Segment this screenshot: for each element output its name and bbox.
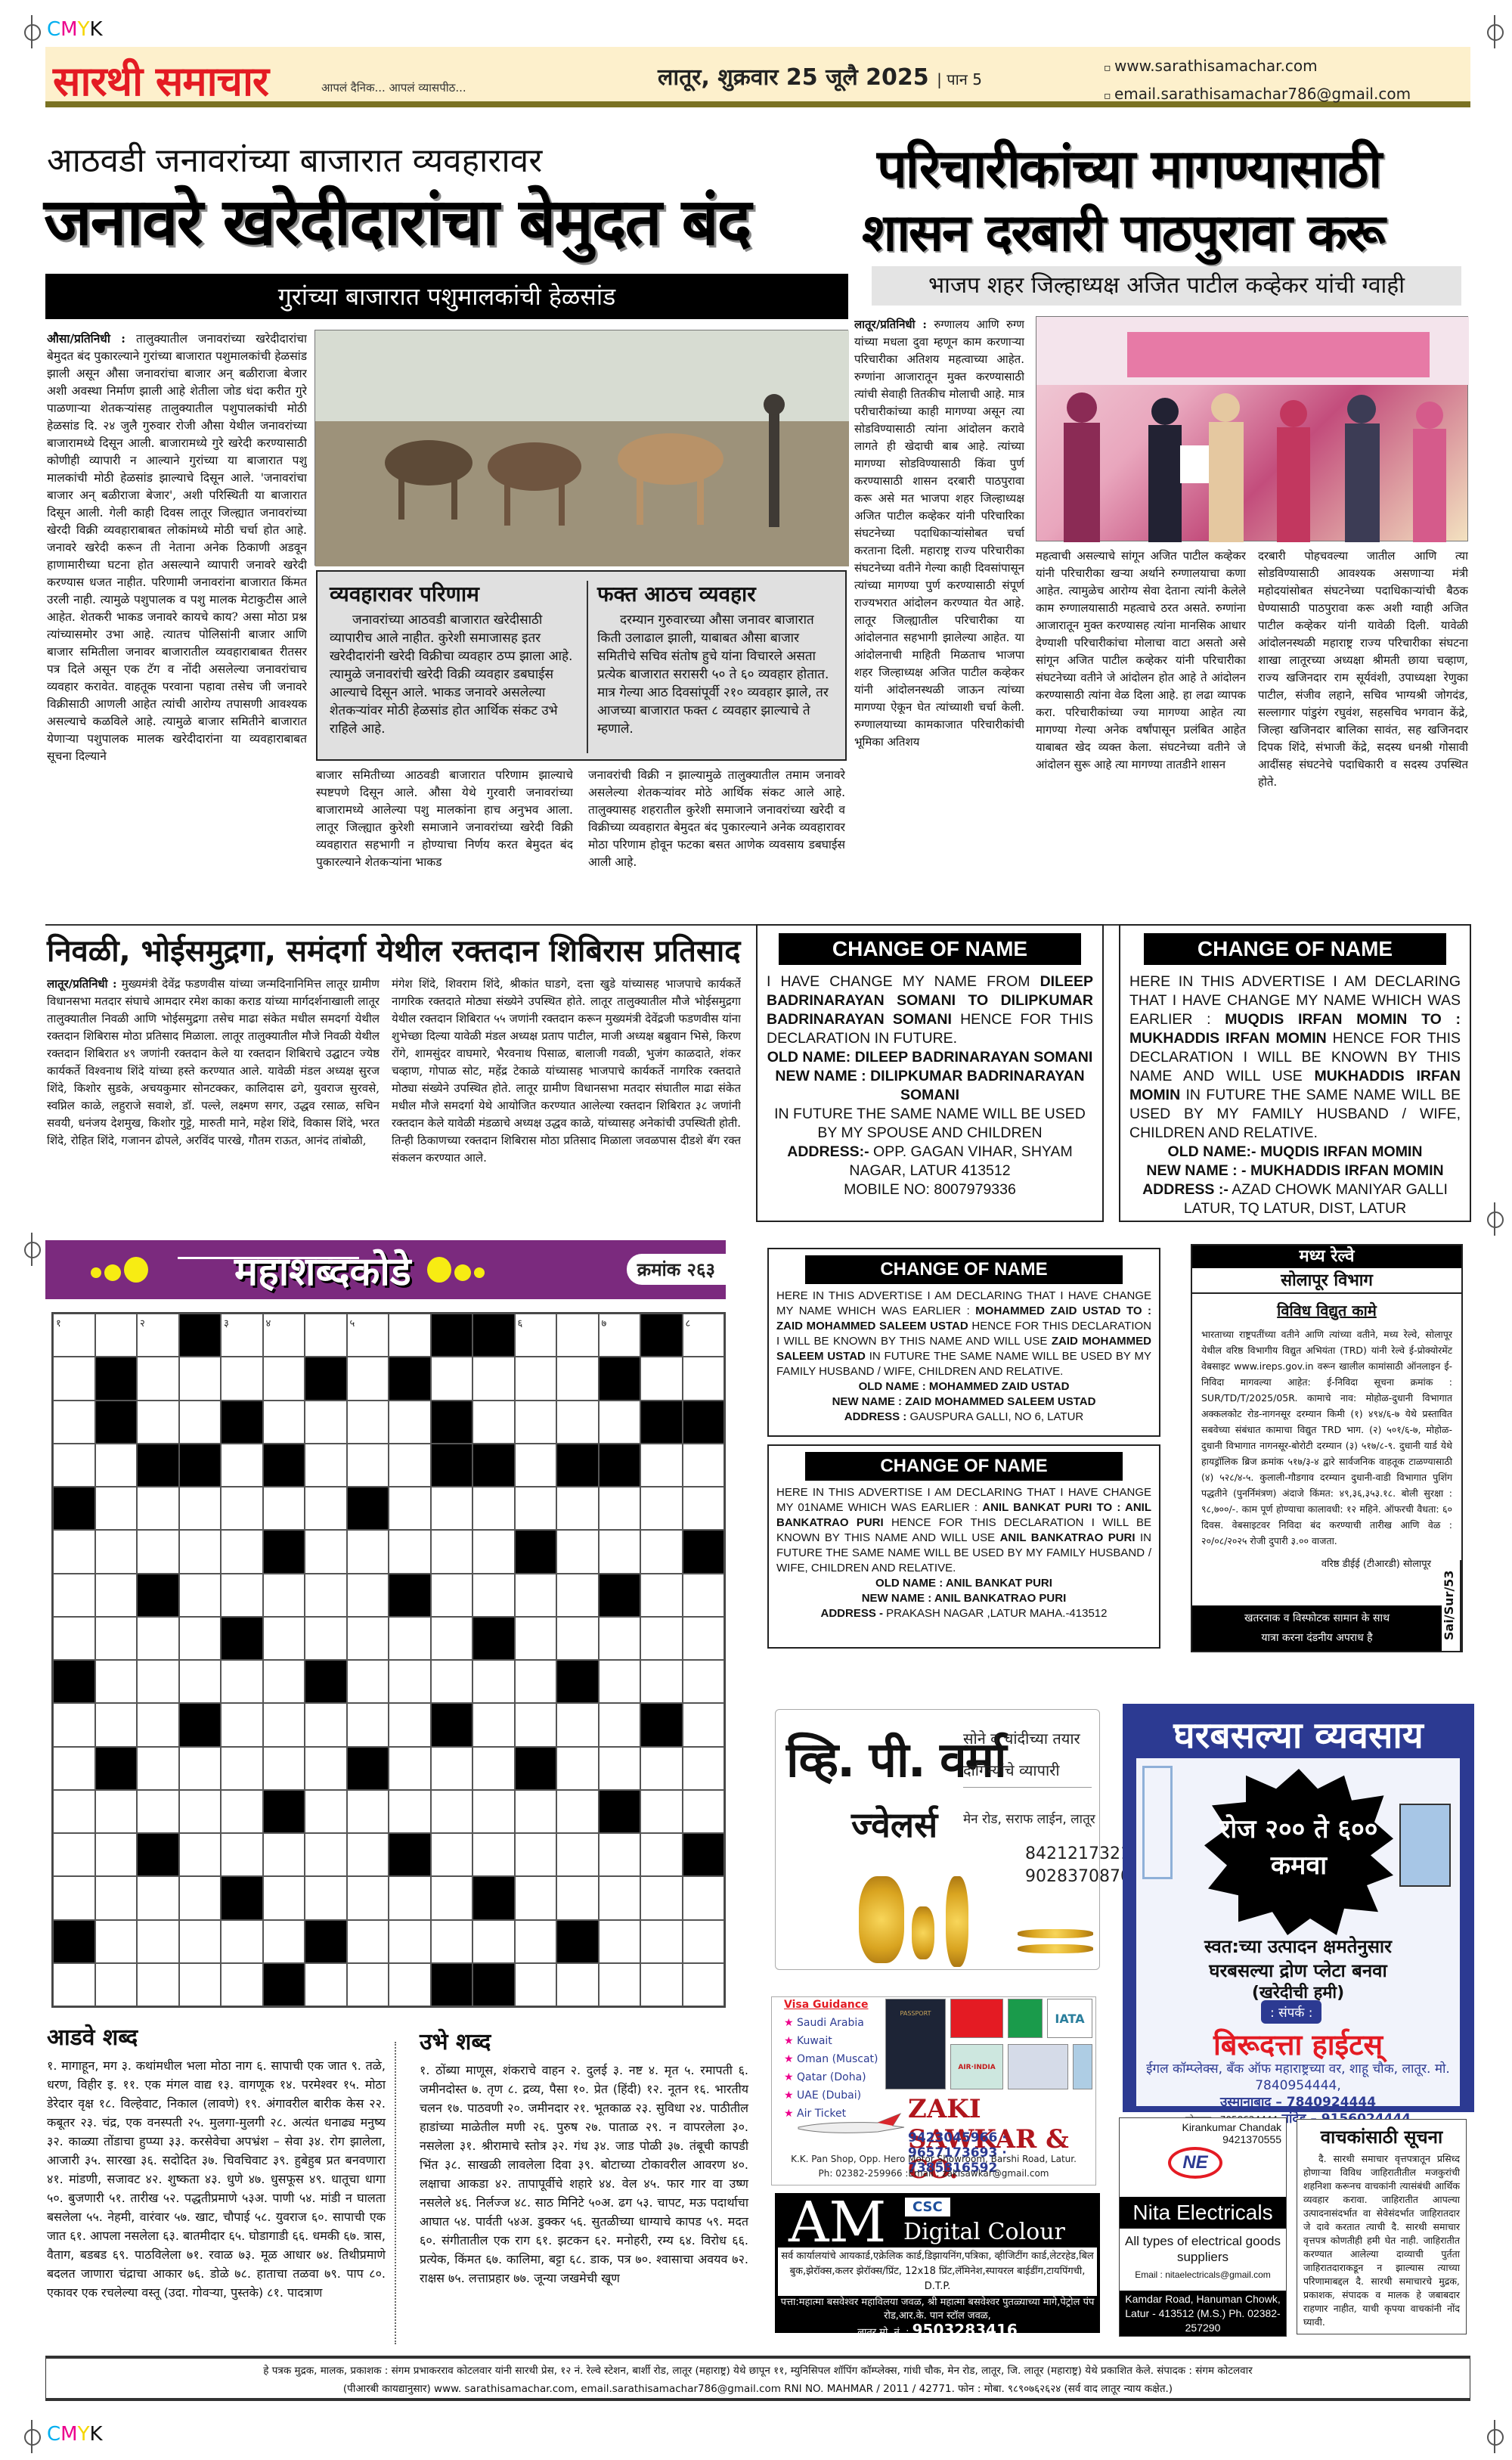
crossword-cell — [305, 1660, 347, 1703]
warning-line-2: यात्रा करना दंडनीय अपराध है — [1192, 1628, 1442, 1648]
crossword-cell[interactable] — [263, 1617, 305, 1660]
registration-mark — [1486, 1202, 1504, 1236]
notice-title: CHANGE OF NAME — [805, 1452, 1123, 1481]
crossword-cell[interactable] — [137, 1703, 179, 1746]
crossword-cell[interactable] — [305, 1401, 347, 1444]
crossword-cell[interactable] — [472, 1920, 515, 1963]
tender-signatory: वरिष्ठ डीईई (टीआरडी) सोलापूर — [1192, 1556, 1461, 1570]
jeweller-desc-2: दागिन्यांचे व्यापारी — [963, 1760, 1060, 1780]
crossword-cell[interactable] — [95, 1530, 138, 1573]
crossword-cell[interactable] — [556, 1357, 599, 1400]
warning-line-1: खतरनाक व विस्फोटक सामान के साथ — [1192, 1608, 1442, 1628]
crossword-cell[interactable] — [683, 1876, 725, 1919]
crossword-cell — [599, 1357, 641, 1400]
crossword-cell[interactable] — [472, 1660, 515, 1703]
crossword-cell[interactable] — [431, 1487, 473, 1530]
crossword-cell[interactable] — [95, 1660, 138, 1703]
crossword-cell[interactable] — [263, 1833, 305, 1876]
new-name: NEW NAME : DILIPKUMAR BADRINARAYAN SOMAN… — [775, 1068, 1084, 1103]
iata-label: IATA — [1055, 2012, 1084, 2026]
crossword-cell[interactable] — [347, 1876, 389, 1919]
crossword-cell[interactable] — [556, 1833, 599, 1876]
crossword-cell[interactable] — [640, 1487, 683, 1530]
crossword-cell[interactable] — [389, 1617, 431, 1660]
crossword-cell[interactable] — [179, 1401, 222, 1444]
reader-notice-title: वाचकांसाठी सूचना — [1297, 2124, 1466, 2149]
crossword-cell[interactable] — [347, 1920, 389, 1963]
crossword-cell[interactable] — [221, 1747, 263, 1790]
crossword-cell[interactable] — [179, 1876, 222, 1919]
crossword-cell — [431, 1314, 473, 1357]
crossword-cell[interactable] — [137, 1963, 179, 2006]
crossword-cell[interactable] — [515, 1876, 557, 1919]
crossword-cell[interactable]: ८ — [683, 1314, 725, 1357]
iata-logo: IATA — [1047, 1999, 1092, 2038]
crossword-cell[interactable] — [683, 1357, 725, 1400]
crossword-cell[interactable]: ६ — [515, 1314, 557, 1357]
crossword-cell[interactable] — [472, 1487, 515, 1530]
crossword-cell[interactable] — [263, 1703, 305, 1746]
crossword-cell — [683, 1401, 725, 1444]
masthead: सारथी समाचार आपलं दैनिक... आपलं व्यासपीठ… — [45, 47, 1470, 107]
crossword-cell[interactable] — [347, 1790, 389, 1833]
crossword-cell[interactable] — [305, 1574, 347, 1617]
crossword-cell[interactable] — [53, 1703, 95, 1746]
across-clue-text: १. मागाहून, मग ३. कथांमधील भला मोठा नाग … — [47, 2056, 386, 2302]
crossword-cell[interactable] — [305, 1314, 347, 1357]
crossword-cell[interactable] — [347, 1617, 389, 1660]
story1-kicker: आठवडी जनावरांच्या बाजारात व्यवहारावर — [47, 136, 542, 181]
crossword-cell[interactable] — [640, 1963, 683, 2006]
old-name: OLD NAME:- MUQDIS IRFAN MOMIN — [1168, 1143, 1423, 1160]
crossword-cell[interactable] — [347, 1401, 389, 1444]
crossword-cell[interactable] — [640, 1357, 683, 1400]
old-name: OLD NAME : ANIL BANKAT PURI — [875, 1577, 1052, 1590]
crossword-cell[interactable] — [599, 1401, 641, 1444]
crossword-cell[interactable] — [683, 1920, 725, 1963]
crossword-cell — [472, 1963, 515, 2006]
registration-mark — [23, 2420, 41, 2453]
cmyk-label: CMYK — [47, 2423, 103, 2446]
crossword-cell[interactable] — [640, 1617, 683, 1660]
visa-item: Saudi Arabia — [784, 2014, 878, 2032]
crossword-cell[interactable] — [221, 1833, 263, 1876]
crossword-cell[interactable] — [137, 1487, 179, 1530]
crossword-cell — [179, 1444, 222, 1487]
crossword-cell[interactable] — [263, 1357, 305, 1400]
crossword-cell[interactable] — [137, 1357, 179, 1400]
crossword-cell[interactable] — [53, 1963, 95, 2006]
crossword-cell[interactable] — [137, 1401, 179, 1444]
crossword-cell[interactable] — [683, 1574, 725, 1617]
address-label: ADDRESS:- — [787, 1143, 869, 1160]
contact-person: Kirankumar Chandak9421370555 — [1182, 2121, 1281, 2145]
crossword-cell[interactable] — [389, 1660, 431, 1703]
crossword-cell[interactable] — [556, 1401, 599, 1444]
zaki-address: K.K. Pan Shop, Opp. Hero Motor Showroom,… — [772, 2152, 1095, 2181]
crossword-cell — [515, 1747, 557, 1790]
crossword-cell[interactable] — [472, 1574, 515, 1617]
story1-headline: जनावरे खरेदीदारांचा बेमुदत बंद — [44, 175, 750, 264]
crossword-cell[interactable] — [305, 1790, 347, 1833]
crossword-cell[interactable] — [640, 1660, 683, 1703]
crossword-cell[interactable] — [515, 1357, 557, 1400]
crossword-cell[interactable] — [263, 1876, 305, 1919]
csc-logo: CSC — [905, 2198, 950, 2216]
crossword-cell[interactable] — [389, 1487, 431, 1530]
crossword-cell[interactable] — [53, 1617, 95, 1660]
crossword-cell[interactable] — [431, 1876, 473, 1919]
crossword-cell[interactable] — [305, 1876, 347, 1919]
crossword-cell[interactable] — [263, 1401, 305, 1444]
crossword-cell[interactable] — [221, 1703, 263, 1746]
story1-column-3: जनावरांची विक्री न झाल्यामुळे तालुक्याती… — [588, 767, 845, 903]
crossword-cell[interactable] — [556, 1876, 599, 1919]
crossword-cell[interactable] — [221, 1574, 263, 1617]
people-illustration — [1036, 317, 1469, 542]
crossword-cell[interactable] — [599, 1530, 641, 1573]
railway-division: सोलापूर विभाग — [1192, 1268, 1461, 1294]
crossword-cell[interactable] — [556, 1790, 599, 1833]
crossword-cell[interactable] — [515, 1790, 557, 1833]
crossword-cell[interactable] — [431, 1530, 473, 1573]
crossword-cell[interactable] — [305, 1747, 347, 1790]
crossword-cell[interactable] — [137, 1530, 179, 1573]
crossword-cell[interactable] — [179, 1833, 222, 1876]
crossword-cell[interactable] — [556, 1747, 599, 1790]
registration-mark — [1486, 15, 1504, 48]
crossword-cell[interactable] — [599, 1703, 641, 1746]
crossword-cell[interactable] — [95, 1617, 138, 1660]
crossword-cell[interactable] — [683, 1963, 725, 2006]
jeweller-phone-2[interactable]: 9028370870 — [1025, 1867, 1131, 1886]
crossword-cell[interactable] — [137, 1790, 179, 1833]
business-line-1: स्वत:च्या उत्पादन क्षमतेनुसार — [1136, 1934, 1460, 1959]
crossword-cell[interactable] — [221, 1487, 263, 1530]
crossword-cell[interactable] — [389, 1790, 431, 1833]
crossword-cell[interactable] — [389, 1747, 431, 1790]
crossword-cell[interactable] — [221, 1660, 263, 1703]
crossword-cell[interactable] — [515, 1920, 557, 1963]
crossword-cell[interactable] — [431, 1747, 473, 1790]
crossword-cell[interactable] — [556, 1530, 599, 1573]
crossword-cell[interactable] — [347, 1530, 389, 1573]
crossword-cell[interactable] — [431, 1574, 473, 1617]
crossword-cell[interactable] — [389, 1401, 431, 1444]
home-business-ad[interactable]: घरबसल्या व्यवसाय रोज २०० ते ६०० कमवा स्व… — [1123, 1704, 1474, 2112]
necklace-image — [946, 1876, 968, 1967]
crossword-cell[interactable] — [640, 1920, 683, 1963]
jeweller-ad[interactable]: व्हि. पी. वर्मा ज्वेलर्स सोने व चांदीच्य… — [775, 1709, 1100, 1970]
crossword-cell[interactable] — [305, 1617, 347, 1660]
newspaper-logo: सारथी समाचार — [53, 51, 268, 107]
crossword-cell[interactable] — [515, 1444, 557, 1487]
crossword-cell[interactable] — [640, 1876, 683, 1919]
crossword-cell[interactable] — [640, 1530, 683, 1573]
crossword-cell[interactable] — [515, 1703, 557, 1746]
earnings-burst: रोज २०० ते ६०० कमवा — [1204, 1811, 1393, 1884]
crossword-cell[interactable] — [137, 1617, 179, 1660]
crossword-cell[interactable] — [556, 1574, 599, 1617]
crossword-cell[interactable] — [556, 1963, 599, 2006]
crossword-cell[interactable] — [179, 1357, 222, 1400]
crossword-cell[interactable] — [305, 1444, 347, 1487]
crossword-cell[interactable] — [221, 1444, 263, 1487]
xerox-ad[interactable]: AM CSC Digital Colour Xerox सर्व कार्याल… — [775, 2193, 1100, 2333]
crossword-cell[interactable] — [137, 1747, 179, 1790]
registration-mark — [23, 1233, 41, 1266]
notice-new-name: ANIL BANKATRAO PURI — [1000, 1531, 1136, 1544]
crossword-cell[interactable] — [472, 1401, 515, 1444]
crossword-cell[interactable]: १ — [53, 1314, 95, 1357]
down-clue-text: १. ठोंब्या माणूस, शंकराचे वाहन २. दुलई ३… — [420, 2061, 748, 2288]
crossword-cell[interactable] — [599, 1487, 641, 1530]
sidebar-effect-title: व्यवहारावर परिणाम — [330, 579, 579, 608]
crossword-cell[interactable] — [472, 1833, 515, 1876]
crossword-cell[interactable] — [599, 1920, 641, 1963]
crossword-cell[interactable] — [389, 1920, 431, 1963]
crossword-cell[interactable]: ५ — [347, 1314, 389, 1357]
railway-tender-notice: मध्य रेल्वे सोलापूर विभाग विविध विद्युत … — [1191, 1244, 1463, 1652]
crossword-cell — [389, 1357, 431, 1400]
story1-text-3: जनावरांची विक्री न झाल्यामुळे तालुक्याती… — [588, 767, 845, 871]
earring-image — [912, 1906, 934, 1959]
crossword-grid[interactable]: १२३४५६७८ — [51, 1312, 726, 2008]
crossword-cell[interactable]: २ — [137, 1314, 179, 1357]
crossword-cell[interactable] — [95, 1833, 138, 1876]
crossword-cell[interactable] — [683, 1703, 725, 1746]
crossword-cell[interactable] — [347, 1660, 389, 1703]
crossword-cell[interactable]: ४ — [263, 1314, 305, 1357]
crossword-cell[interactable]: ७ — [599, 1314, 641, 1357]
nita-electricals-ad[interactable]: Kirankumar Chandak9421370555 NE Nita Ele… — [1119, 2117, 1287, 2337]
air-india-label: AIR·INDIA — [958, 2064, 995, 2071]
crossword-cell[interactable] — [263, 1747, 305, 1790]
airplane-icon — [795, 2111, 908, 2141]
crossword-cell[interactable] — [179, 1530, 222, 1573]
crossword-cell[interactable] — [347, 1444, 389, 1487]
crossword-cell[interactable] — [389, 1963, 431, 2006]
crossword-cell[interactable] — [515, 1963, 557, 2006]
crossword-cell[interactable] — [221, 1357, 263, 1400]
crossword-cell[interactable] — [179, 1747, 222, 1790]
crossword-cell[interactable] — [431, 1790, 473, 1833]
crossword-cell[interactable] — [53, 1876, 95, 1919]
crossword-cell[interactable] — [179, 1660, 222, 1703]
crossword-cell[interactable] — [515, 1660, 557, 1703]
crossword-cell[interactable] — [95, 1963, 138, 2006]
notice-body: I HAVE CHANGE MY NAME FROM — [767, 973, 1040, 990]
crossword-cell[interactable] — [347, 1357, 389, 1400]
crossword-cell[interactable] — [137, 1660, 179, 1703]
crossword-cell — [53, 1660, 95, 1703]
crossword-cell — [263, 1790, 305, 1833]
crossword-cell[interactable] — [305, 1833, 347, 1876]
xerox-phone[interactable]: 9503283416 — [912, 2321, 1018, 2339]
address: OPP. GAGAN VIHAR, SHYAM NAGAR, LATUR 413… — [849, 1143, 1072, 1179]
crossword-cell[interactable] — [221, 1790, 263, 1833]
crossword-cell[interactable] — [95, 1876, 138, 1919]
crossword-cell[interactable] — [599, 1833, 641, 1876]
crossword-cell[interactable] — [389, 1703, 431, 1746]
crossword-cell[interactable] — [599, 1660, 641, 1703]
crossword-cell[interactable] — [683, 1444, 725, 1487]
email-link[interactable]: email.sarathisamachar786@gmail.com — [1104, 81, 1411, 109]
crossword-cell[interactable] — [179, 1617, 222, 1660]
crossword-cell[interactable] — [347, 1703, 389, 1746]
cmyk-label: CMYK — [47, 18, 103, 41]
contact-phone[interactable]: 9421370555 — [1182, 2133, 1281, 2145]
crossword-cell[interactable] — [431, 1617, 473, 1660]
crossword-cell[interactable]: ३ — [221, 1314, 263, 1357]
crossword-cell[interactable] — [389, 1314, 431, 1357]
crossword-cell[interactable] — [556, 1617, 599, 1660]
crossword-cell[interactable] — [640, 1574, 683, 1617]
crossword-cell[interactable] — [640, 1790, 683, 1833]
crossword-cell[interactable] — [221, 1530, 263, 1573]
crossword-cell[interactable] — [263, 1660, 305, 1703]
crossword-cell[interactable] — [640, 1444, 683, 1487]
crossword-cell — [515, 1530, 557, 1573]
crossword-cell — [683, 1833, 725, 1876]
crossword-cell[interactable] — [53, 1790, 95, 1833]
story3-text-2: मंगेश शिंदे, शिवराम शिंदे, श्रीकांत घाडग… — [392, 976, 741, 1167]
crossword-cell[interactable] — [53, 1401, 95, 1444]
osmanabad-phone[interactable]: उस्मानाबाद – 7840924444 — [1220, 2095, 1376, 2110]
crossword-cell — [221, 1401, 263, 1444]
crossword-cell — [179, 1703, 222, 1746]
crossword-cell[interactable] — [431, 1660, 473, 1703]
crossword-cell[interactable] — [683, 1617, 725, 1660]
divider — [587, 581, 588, 753]
crossword-cell[interactable] — [53, 1357, 95, 1400]
crossword-cell[interactable] — [431, 1920, 473, 1963]
crossword-cell[interactable] — [305, 1703, 347, 1746]
crossword-cell[interactable] — [389, 1444, 431, 1487]
crossword-cell[interactable] — [556, 1487, 599, 1530]
xerox-services: सर्व कार्यालयांचे आयकार्ड,एक्रेलिक कार्ड… — [778, 2248, 1097, 2296]
crossword-cell — [389, 1574, 431, 1617]
crossword-cell[interactable] — [95, 1920, 138, 1963]
crossword-cell[interactable] — [95, 1314, 138, 1357]
crossword-cell[interactable] — [95, 1487, 138, 1530]
zaki-contact[interactable]: Ph: 02382-259966 :Email : zakisawkar@gma… — [772, 2167, 1095, 2181]
crossword-cell[interactable] — [431, 1357, 473, 1400]
jeweller-phone-1[interactable]: 8421217321 — [1025, 1844, 1131, 1863]
crossword-cell — [472, 1617, 515, 1660]
crossword-cell[interactable] — [389, 1530, 431, 1573]
crossword-cell[interactable] — [472, 1790, 515, 1833]
story2-column-1: लातूर/प्रतिनिधी : रुग्णालय आणि रुग्ण यां… — [854, 316, 1024, 902]
story2-text-2: महत्वाची असल्याचे सांगून अजित पाटील कव्ह… — [1036, 548, 1246, 774]
story1-column-2: बाजार समितीच्या आठवडी बाजारात परिणाम झाल… — [316, 767, 573, 903]
cattle-illustration — [315, 330, 849, 566]
visa-guidance-ad[interactable]: Visa Guidance Saudi Arabia Kuwait Oman (… — [771, 1996, 1096, 2185]
story2-dateline: लातूर/प्रतिनिधी : — [854, 318, 927, 331]
burj-image — [1073, 2044, 1092, 2089]
zaki-address-line: K.K. Pan Shop, Opp. Hero Motor Showroom,… — [772, 2152, 1095, 2167]
crossword-cell[interactable] — [179, 1920, 222, 1963]
crossword-cell[interactable] — [515, 1574, 557, 1617]
crossword-cell[interactable] — [640, 1747, 683, 1790]
down-clues: उभे शब्द १. ठोंब्या माणूस, शंकराचे वाहन … — [420, 2025, 748, 2288]
crossword-cell[interactable] — [221, 1920, 263, 1963]
crossword-cell[interactable] — [556, 1314, 599, 1357]
crossword-cell[interactable] — [221, 1963, 263, 2006]
crossword-cell[interactable] — [347, 1833, 389, 1876]
crossword-cell[interactable] — [389, 1876, 431, 1919]
crossword-cell[interactable] — [53, 1747, 95, 1790]
nita-email[interactable]: Email : nitaelectricals@gmail.com — [1120, 2269, 1286, 2280]
crossword-cell[interactable] — [179, 1574, 222, 1617]
crossword-cell[interactable] — [599, 1747, 641, 1790]
crossword-cell[interactable] — [683, 1660, 725, 1703]
crossword-cell[interactable] — [137, 1920, 179, 1963]
crossword-cell[interactable] — [683, 1747, 725, 1790]
crossword-cell[interactable] — [683, 1790, 725, 1833]
change-of-name-notice-2: CHANGE OF NAME HERE IN THIS ADVERTISE I … — [1119, 924, 1471, 1222]
crossword-cell — [640, 1314, 683, 1357]
crossword-cell[interactable] — [515, 1487, 557, 1530]
crossword-cell[interactable] — [53, 1574, 95, 1617]
am-logo: AM — [789, 2190, 886, 2255]
crossword-cell[interactable] — [305, 1487, 347, 1530]
crossword-cell[interactable] — [431, 1833, 473, 1876]
crossword-cell[interactable] — [263, 1574, 305, 1617]
crossword-cell[interactable] — [305, 1530, 347, 1573]
crossword-cell[interactable] — [179, 1487, 222, 1530]
crossword-cell — [53, 1920, 95, 1963]
crossword-cell[interactable] — [599, 1876, 641, 1919]
crossword-cell[interactable] — [683, 1487, 725, 1530]
crossword-cell[interactable] — [305, 1963, 347, 2006]
crossword-cell[interactable] — [472, 1703, 515, 1746]
crossword-cell[interactable] — [95, 1444, 138, 1487]
crossword-cell[interactable] — [137, 1876, 179, 1919]
crossword-cell[interactable] — [347, 1574, 389, 1617]
crossword-cell[interactable] — [95, 1703, 138, 1746]
crossword-cell[interactable] — [179, 1790, 222, 1833]
crossword-cell[interactable] — [556, 1703, 599, 1746]
passport-image: PASSPORT — [885, 1999, 946, 2089]
crossword-cell — [305, 1920, 347, 1963]
story1-subhead: गुरांच्या बाजारात पशुमालकांची हेळसांड — [45, 274, 848, 319]
crossword-cell[interactable] — [472, 1530, 515, 1573]
crossword-cell[interactable] — [599, 1963, 641, 2006]
crossword-cell[interactable] — [95, 1574, 138, 1617]
crossword-cell[interactable] — [53, 1444, 95, 1487]
crossword-cell[interactable] — [472, 1747, 515, 1790]
crossword-cell[interactable] — [179, 1963, 222, 2006]
crossword-cell[interactable] — [472, 1357, 515, 1400]
crossword-cell[interactable] — [515, 1833, 557, 1876]
crossword-cell[interactable] — [263, 1920, 305, 1963]
nita-desc: All types of electrical goods suppliers — [1120, 2233, 1286, 2265]
notice-title: CHANGE OF NAME — [1144, 933, 1446, 965]
crossword-cell[interactable] — [515, 1401, 557, 1444]
tender-title: विविध विद्युत कामे — [1192, 1300, 1461, 1320]
crossword-cell[interactable] — [53, 1530, 95, 1573]
crossword-cell[interactable] — [347, 1963, 389, 2006]
website-link[interactable]: www.sarathisamachar.com — [1104, 53, 1411, 81]
crossword-cell[interactable] — [263, 1487, 305, 1530]
crossword-cell[interactable] — [95, 1790, 138, 1833]
crossword-cell[interactable] — [640, 1833, 683, 1876]
tender-body: भारताच्या राष्ट्रपतींच्या वतीने आणि त्या… — [1192, 1326, 1461, 1549]
crossword-cell[interactable] — [53, 1833, 95, 1876]
crossword-cell[interactable] — [599, 1617, 641, 1660]
crossword-cell[interactable] — [515, 1617, 557, 1660]
